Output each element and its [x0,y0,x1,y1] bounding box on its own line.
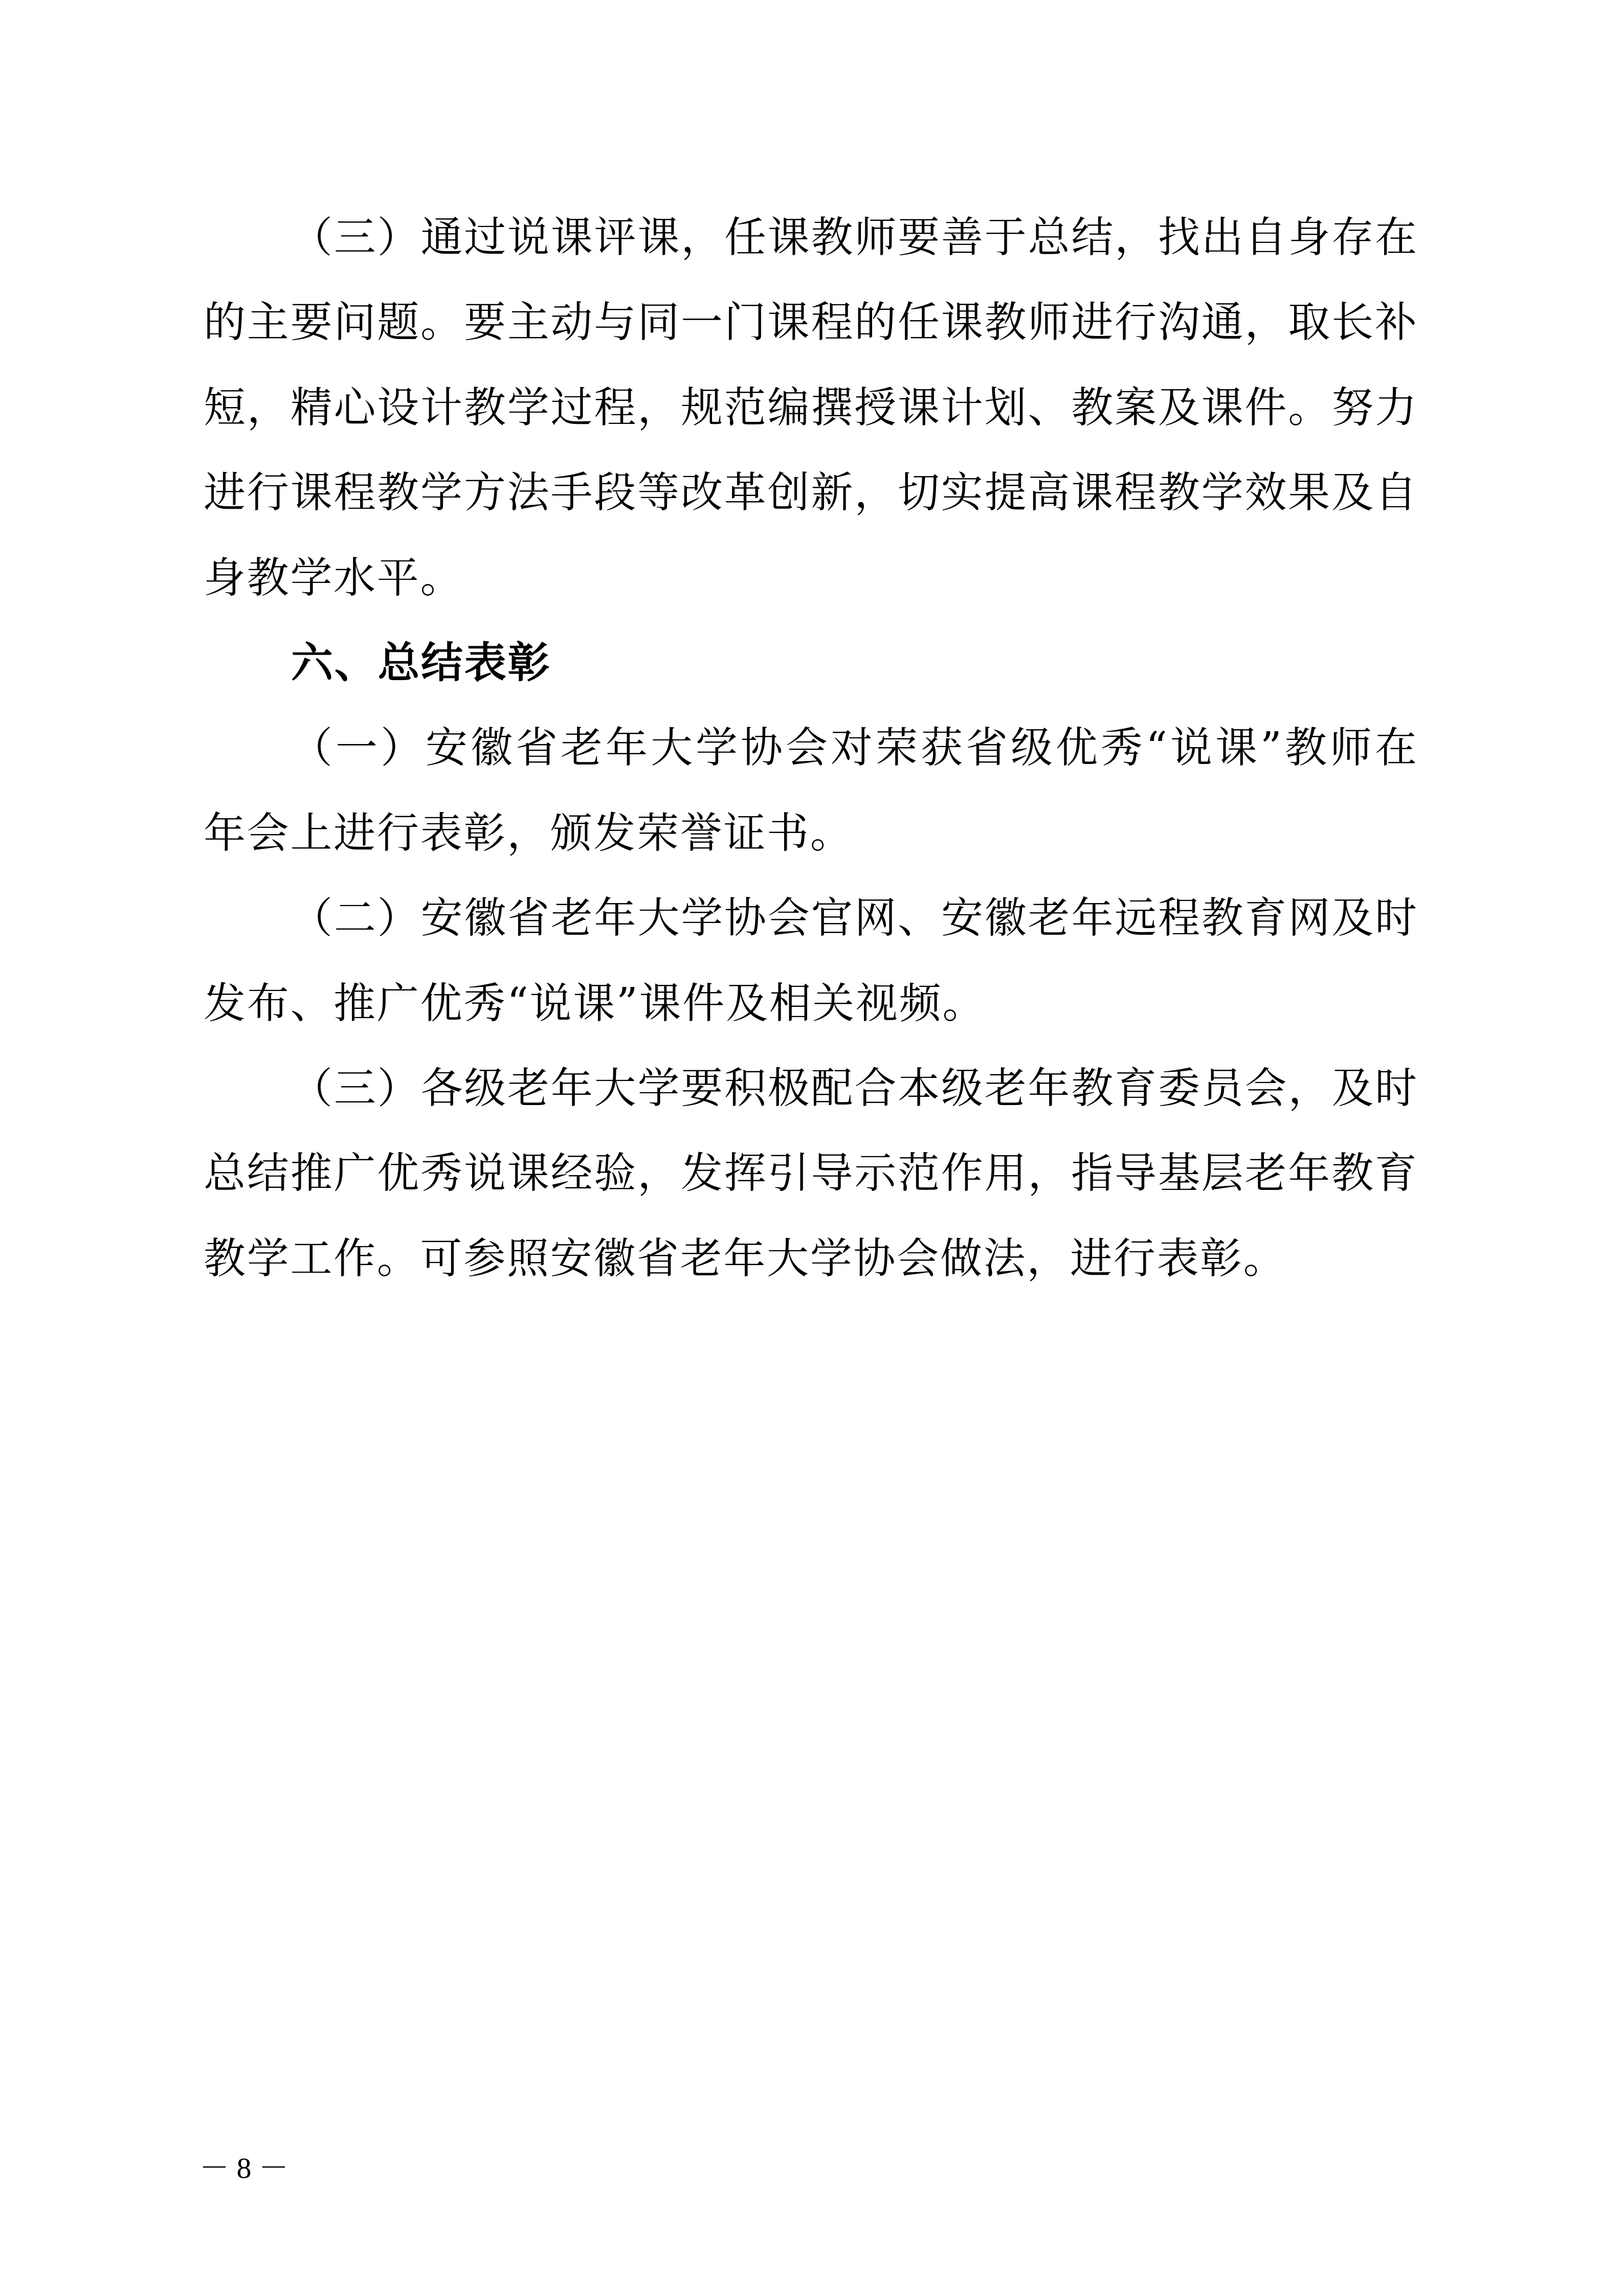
award-item-2-line-1: （二）安徽省老年大学协会官网、安徽老年远程教育网及时 [204,876,1417,961]
document-page: （三）通过说课评课，任课教师要善于总结，找出自身存在 的主要问题。要主动与同一门… [0,0,1624,2296]
award-item-1-line-1: （一）安徽省老年大学协会对荣获省级优秀“说课”教师在 [204,706,1417,791]
paragraph-3-line-2: 的主要问题。要主动与同一门课程的任课教师进行沟通，取长补 [204,280,1417,365]
award-item-1-line-2: 年会上进行表彰，颁发荣誉证书。 [204,791,1417,876]
paragraph-3-line-5: 身教学水平。 [204,536,1417,621]
award-item-3-line-3: 教学工作。可参照安徽省老年大学协会做法，进行表彰。 [204,1217,1417,1301]
section-heading: 六、总结表彰 [204,621,1417,706]
award-item-2-line-2: 发布、推广优秀“说课”课件及相关视频。 [204,961,1417,1046]
paragraph-3-line-4: 进行课程教学方法手段等改革创新，切实提高课程教学效果及自 [204,451,1417,535]
document-body: （三）通过说课评课，任课教师要善于总结，找出自身存在 的主要问题。要主动与同一门… [204,195,1417,1301]
page-number: － 8 － [199,2148,288,2189]
paragraph-3-line-3: 短，精心设计教学过程，规范编撰授课计划、教案及课件。努力 [204,366,1417,451]
award-item-3-line-1: （三）各级老年大学要积极配合本级老年教育委员会，及时 [204,1046,1417,1131]
award-item-3-line-2: 总结推广优秀说课经验，发挥引导示范作用，指导基层老年教育 [204,1131,1417,1216]
paragraph-3-line-1: （三）通过说课评课，任课教师要善于总结，找出自身存在 [204,195,1417,280]
